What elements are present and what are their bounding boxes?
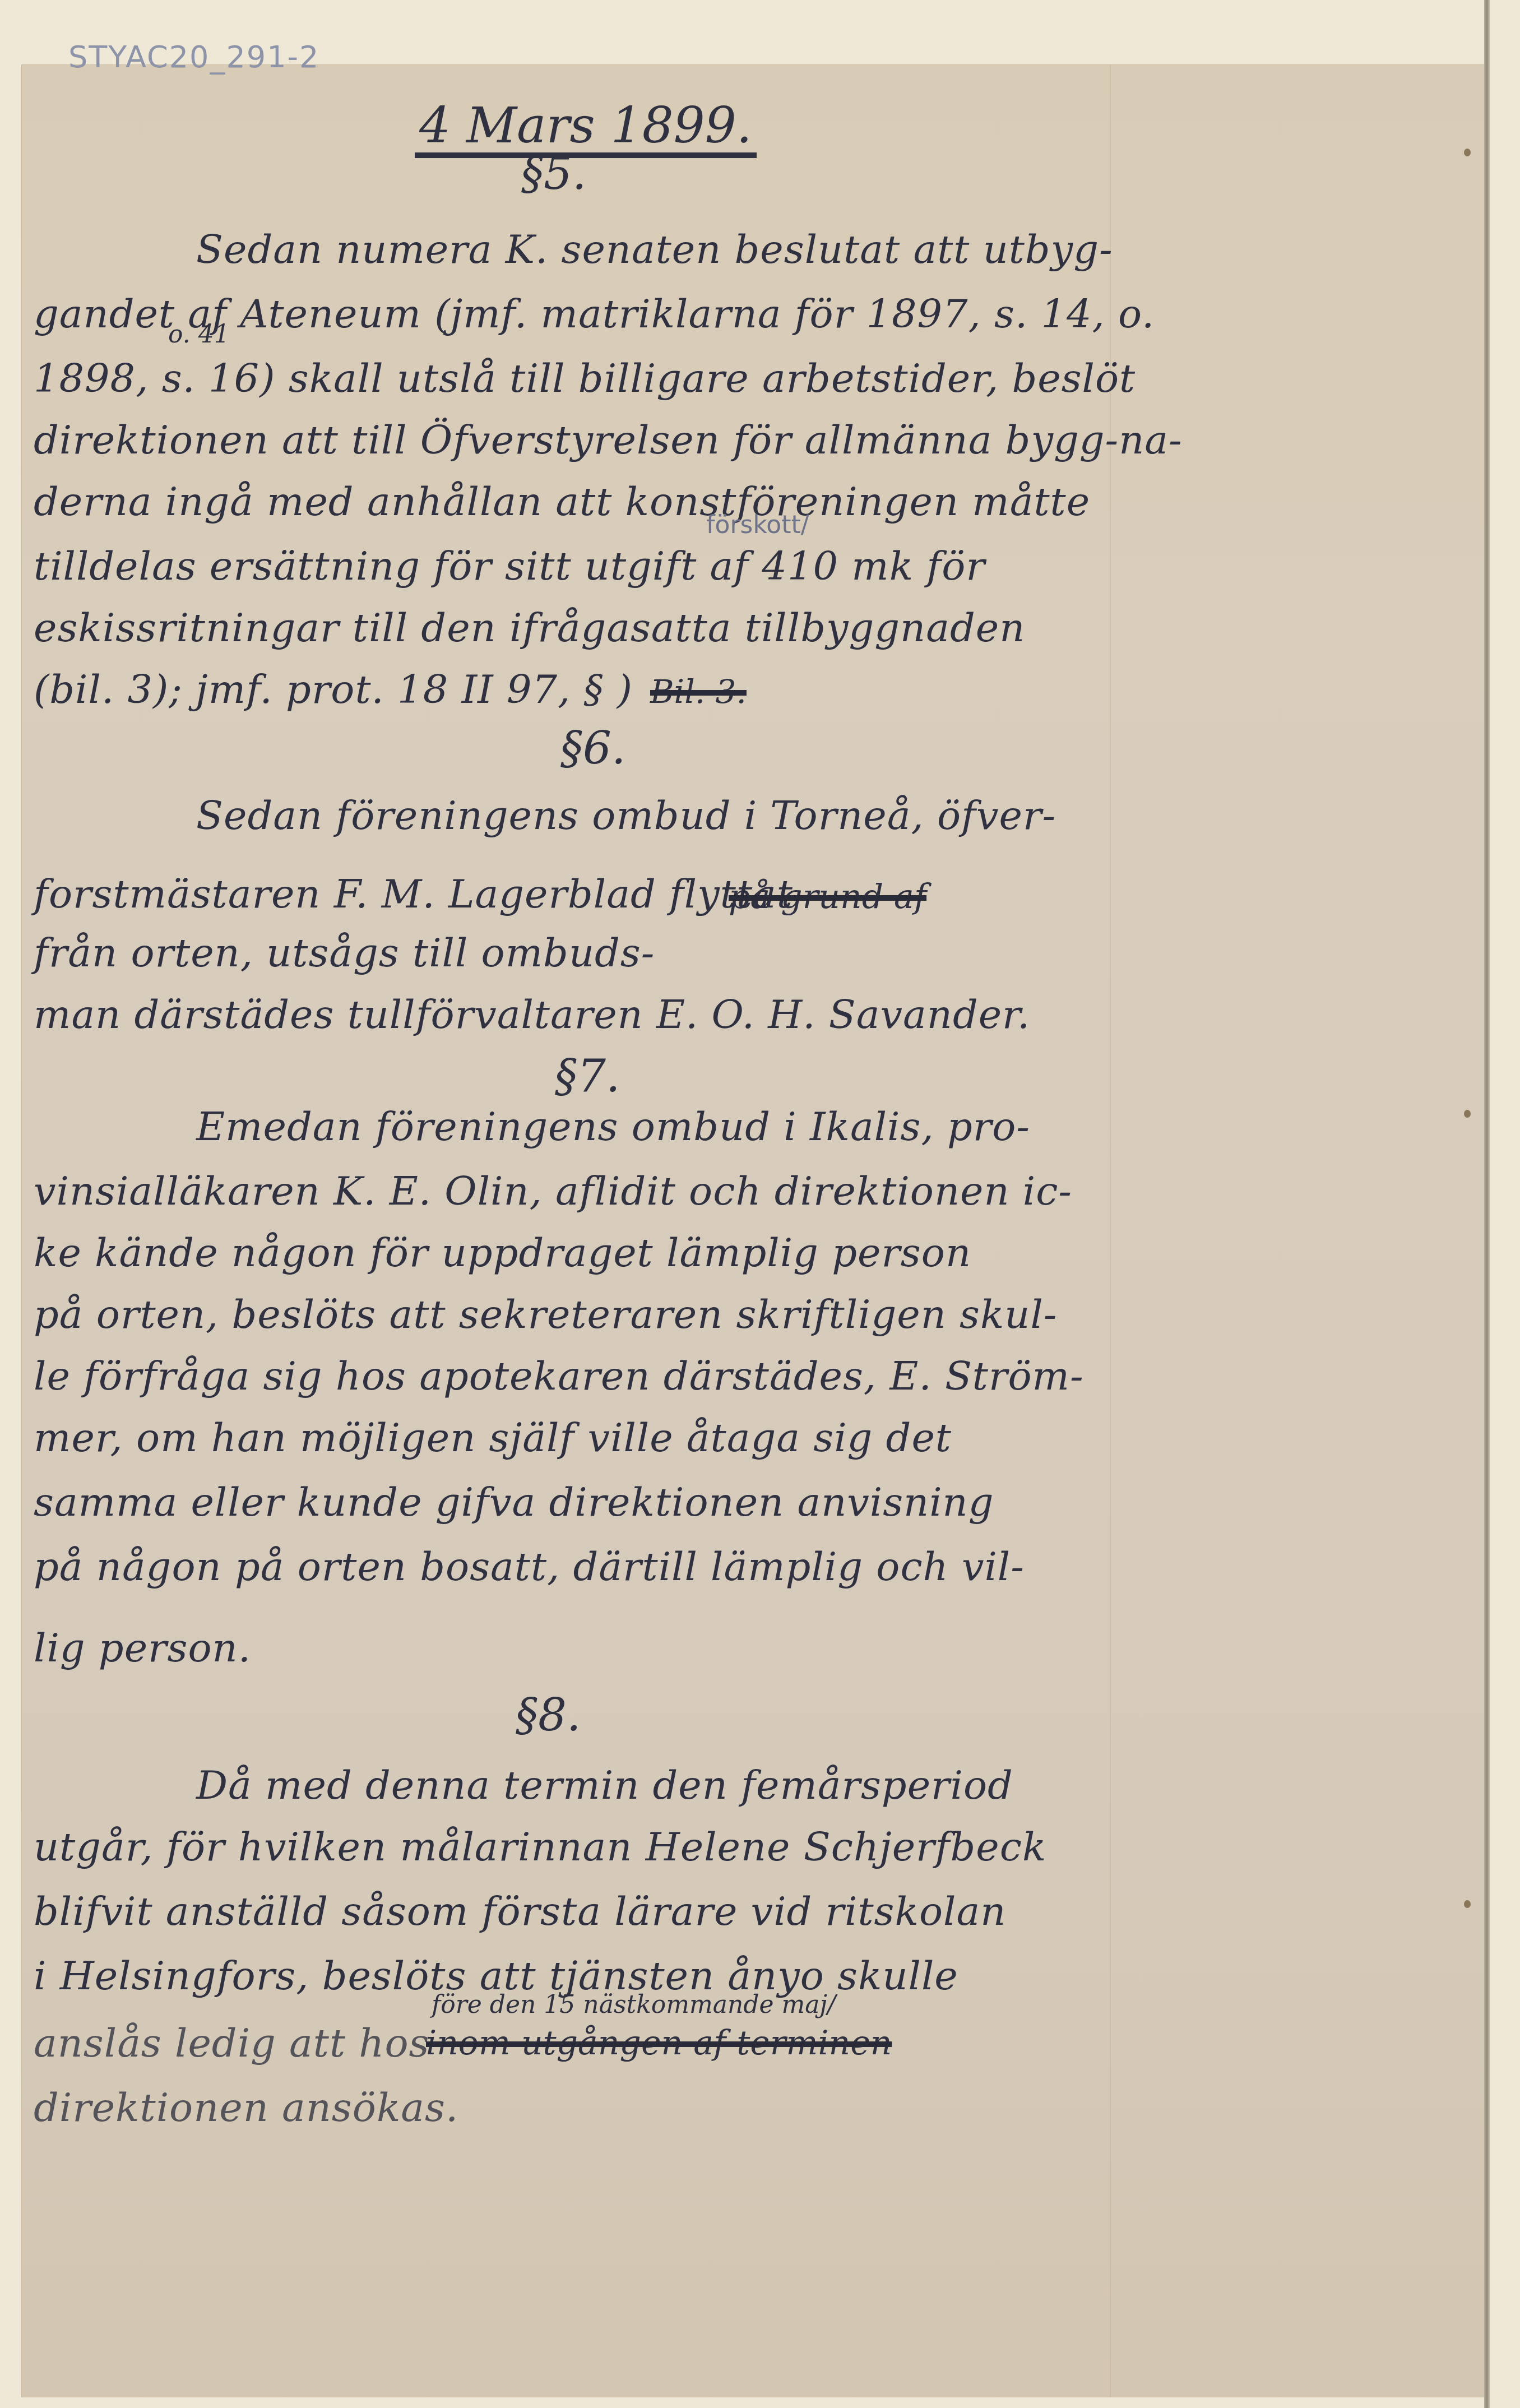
text-line: 1898, s. 16) skall utslå till billigare … (34, 359, 1132, 398)
text-line: (bil. 3); jmf. prot. 18 II 97, § ) (34, 670, 1132, 709)
text-line: le förfråga sig hos apotekaren därstädes… (34, 1356, 1132, 1396)
text-line: tilldelas ersättning för sitt utgift af … (34, 547, 1132, 586)
pencil-insertion: förskott/ (706, 513, 809, 538)
archive-reference: STYAC20_291-2 (68, 39, 319, 75)
text-line: lig person. (34, 1628, 1132, 1668)
text-line: Då med denna termin den femårsperiod (196, 1766, 1132, 1805)
punch-hole (1464, 1110, 1471, 1118)
text-line: ke kände någon för uppdraget lämplig per… (34, 1233, 1132, 1272)
text-line: mer, om han möjligen själf ville åtaga s… (34, 1418, 1132, 1457)
punch-hole (1464, 1900, 1471, 1908)
text-line: eskissritningar till den ifrågasatta til… (34, 608, 1132, 647)
text-line: direktionen ansökas. (34, 2088, 1132, 2127)
text-line: utgår, för hvilken målarinnan Helene Sch… (34, 1827, 1132, 1867)
text-line: blifvit anställd såsom första lärare vid… (34, 1892, 1132, 1931)
text-line: Emedan föreningens ombud i Ikalis, pro- (196, 1107, 1132, 1146)
text-line: vinsialläkaren K. E. Olin, aflidit och d… (34, 1171, 1132, 1211)
text-line: Sedan föreningens ombud i Torneå, öfver- (196, 796, 1132, 835)
punch-hole (1464, 149, 1471, 156)
page-edge (1484, 0, 1490, 2408)
section-mark-7: §7. (555, 1054, 620, 1099)
section-mark-5: §5. (521, 151, 586, 196)
text-line: man därstädes tullförvaltaren E. O. H. S… (34, 995, 1132, 1034)
text-line: derna ingå med anhållan att konstförenin… (34, 482, 1132, 521)
text-line: från orten, utsågs till ombuds- (34, 933, 1132, 973)
section-mark-6: §6. (560, 726, 625, 771)
text-line: forstmästaren F. M. Lagerblad flyttat (34, 874, 1132, 914)
insertion-annotation: före den 15 nästkommande maj/ (432, 1993, 836, 2017)
deleted-text: inom utgången af terminen (426, 2026, 892, 2060)
text-line: i Helsingfors, beslöts att tjänsten ånyo… (34, 1956, 1132, 1995)
insertion-annotation: o. 41 (168, 322, 230, 347)
text-line: direktionen att till Öfverstyrelsen för … (34, 420, 1132, 460)
deleted-text: Bil. 3. (650, 675, 747, 708)
section-mark-8: §8. (516, 1693, 581, 1738)
text-line: samma eller kunde gifva direktionen anvi… (34, 1483, 1132, 1522)
text-line: Sedan numera K. senaten beslutat att utb… (196, 230, 1132, 269)
text-line: på någon på orten bosatt, därtill lämpli… (34, 1547, 1132, 1586)
deleted-text: på grund af (729, 880, 926, 914)
text-line: på orten, beslöts att sekreteraren skrif… (34, 1295, 1132, 1334)
